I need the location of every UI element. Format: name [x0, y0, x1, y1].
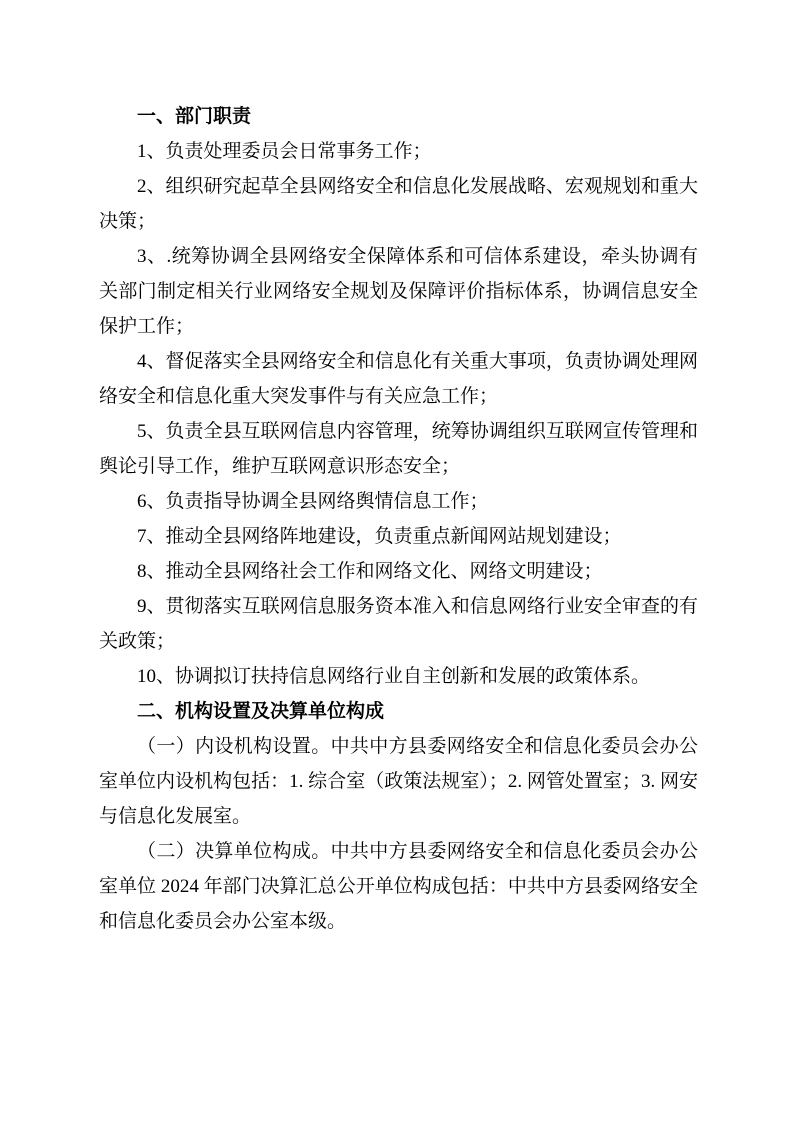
document-page: 一、部门职责 1、负责处理委员会日常事务工作； 2、组织研究起草全县网络安全和信… [0, 0, 793, 1122]
paragraph-internal-org: （一）内设机构设置。中共中方县委网络安全和信息化委员会办公室单位内设机构包括：1… [99, 729, 698, 834]
heading-department-duties: 一、部门职责 [99, 99, 698, 134]
document-body: 一、部门职责 1、负责处理委员会日常事务工作； 2、组织研究起草全县网络安全和信… [99, 99, 698, 939]
duty-item-9: 9、贯彻落实互联网信息服务资本准入和信息网络行业安全审查的有关政策； [99, 589, 698, 659]
duty-item-10: 10、协调拟订扶持信息网络行业自主创新和发展的政策体系。 [99, 659, 698, 694]
duty-item-6: 6、负责指导协调全县网络舆情信息工作； [99, 484, 698, 519]
duty-item-7: 7、推动全县网络阵地建设，负责重点新闻网站规划建设； [99, 519, 698, 554]
duty-item-8: 8、推动全县网络社会工作和网络文化、网络文明建设； [99, 554, 698, 589]
duty-item-3: 3、.统筹协调全县网络安全保障体系和可信体系建设，牵头协调有关部门制定相关行业网… [99, 239, 698, 344]
heading-org-structure: 二、机构设置及决算单位构成 [99, 694, 698, 729]
duty-item-2: 2、组织研究起草全县网络安全和信息化发展战略、宏观规划和重大决策； [99, 169, 698, 239]
duty-item-4: 4、督促落实全县网络安全和信息化有关重大事项，负责协调处理网络安全和信息化重大突… [99, 344, 698, 414]
paragraph-final-unit: （二）决算单位构成。中共中方县委网络安全和信息化委员会办公室单位 2024 年部… [99, 834, 698, 939]
duty-item-5: 5、负责全县互联网信息内容管理，统筹协调组织互联网宣传管理和舆论引导工作，维护互… [99, 414, 698, 484]
duty-item-1: 1、负责处理委员会日常事务工作； [99, 134, 698, 169]
